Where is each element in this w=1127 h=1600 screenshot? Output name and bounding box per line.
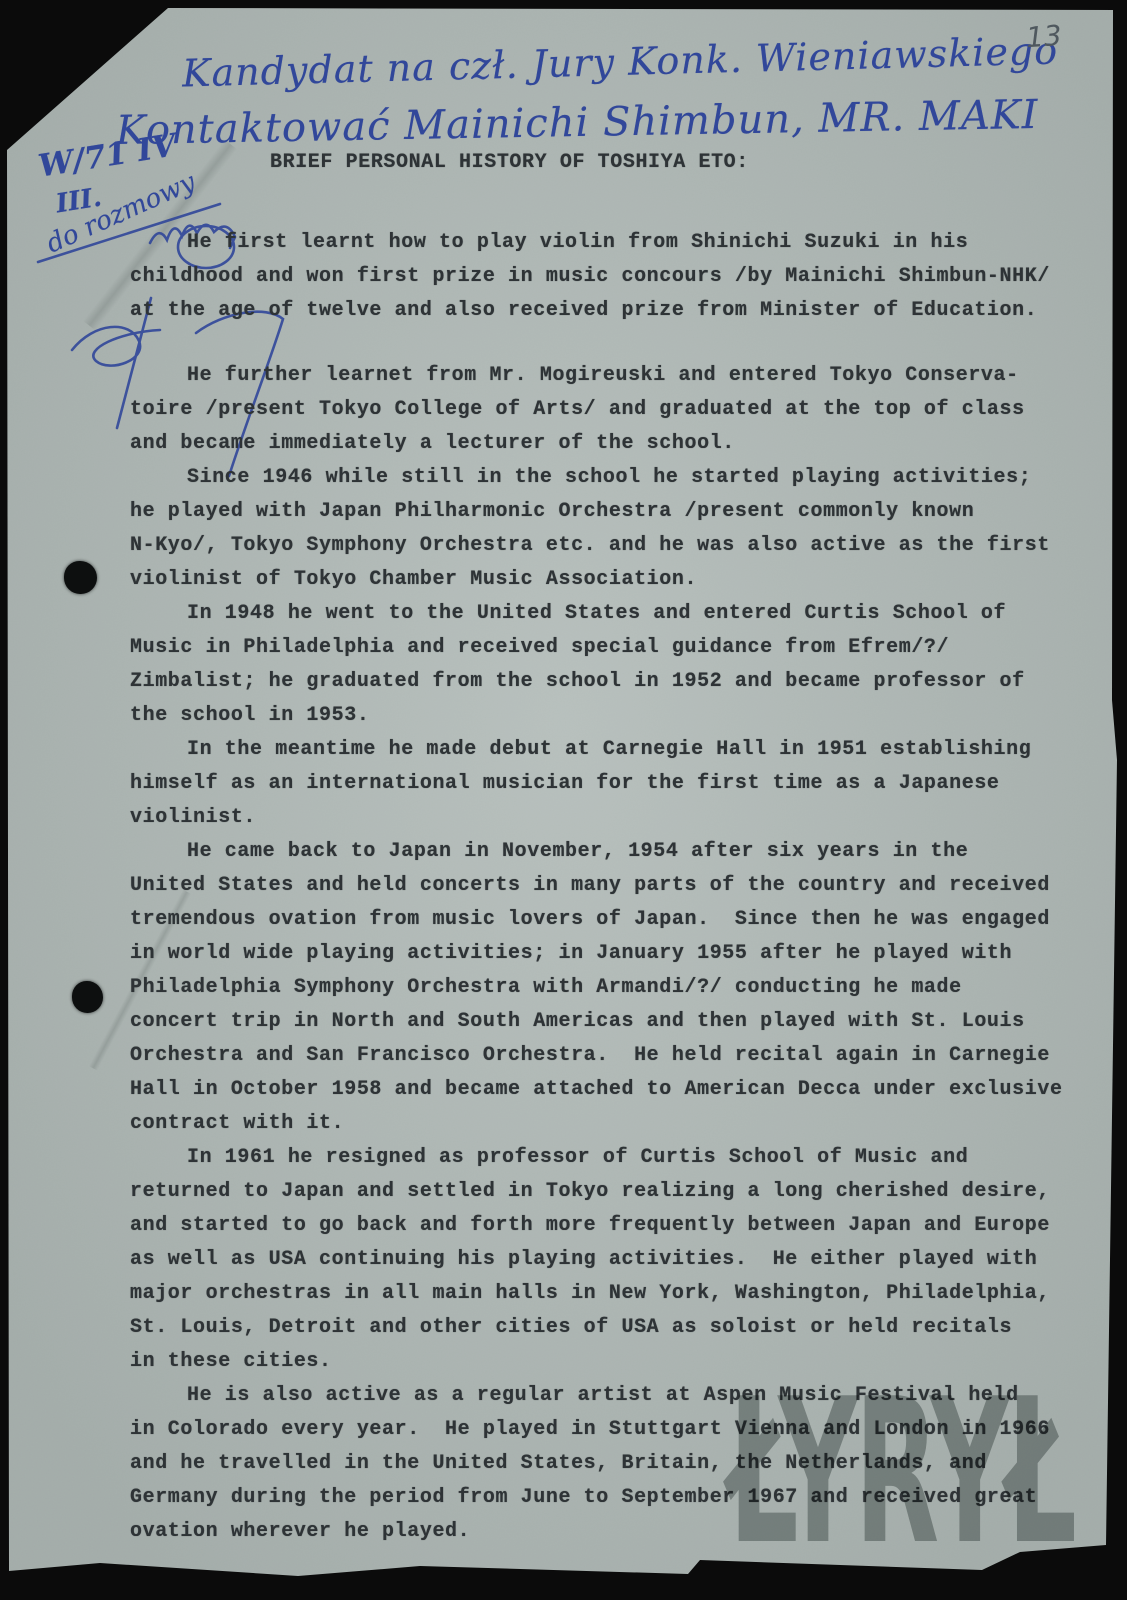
page-number: 13 [1025, 19, 1063, 54]
typed-line: N-Kyo/, Tokyo Symphony Orchestra etc. an… [130, 529, 1063, 563]
paragraph: He came back to Japan in November, 1954 … [130, 835, 1063, 1141]
typed-line: the school in 1953. [130, 699, 1063, 733]
handwritten-header-line2: Kontaktować Mainichi Shimbun, MR. MAKI [116, 92, 1039, 154]
typed-line: and started to go back and forth more fr… [130, 1209, 1063, 1243]
typed-line: childhood and won first prize in music c… [130, 260, 1063, 294]
typed-line: violinist of Tokyo Chamber Music Associa… [130, 563, 1063, 597]
typed-line: He further learnet from Mr. Mogireuski a… [130, 359, 1063, 393]
typed-line: He first learnt how to play violin from … [130, 226, 1063, 260]
paragraph: In 1961 he resigned as professor of Curt… [130, 1141, 1063, 1379]
typed-line: St. Louis, Detroit and other cities of U… [130, 1311, 1063, 1345]
typed-line: He came back to Japan in November, 1954 … [130, 835, 1063, 869]
typed-line: in world wide playing activities; in Jan… [130, 937, 1063, 971]
typed-line: toire /present Tokyo College of Arts/ an… [130, 393, 1063, 427]
typed-line: Orchestra and San Francisco Orchestra. H… [130, 1039, 1063, 1073]
paragraph: In the meantime he made debut at Carnegi… [130, 733, 1063, 835]
typed-line: In 1961 he resigned as professor of Curt… [130, 1141, 1063, 1175]
typed-line: at the age of twelve and also received p… [130, 294, 1063, 328]
watermark: ŁYRYŁ [728, 1388, 1074, 1558]
typed-line: he played with Japan Philharmonic Orches… [130, 495, 1063, 529]
typed-line: United States and held concerts in many … [130, 869, 1063, 903]
paper-sheet: Kandydat na czł. Jury Konk. Wieniawskieg… [0, 0, 1127, 1600]
typed-line: tremendous ovation from music lovers of … [130, 903, 1063, 937]
hole-punch-top [64, 561, 97, 594]
paragraph: Since 1946 while still in the school he … [130, 461, 1063, 597]
paragraph: In 1948 he went to the United States and… [130, 597, 1063, 733]
typed-line: Zimbalist; he graduated from the school … [130, 665, 1063, 699]
hole-punch-bottom [72, 981, 103, 1013]
paragraph: He further learnet from Mr. Mogireuski a… [130, 359, 1063, 461]
typed-line: returned to Japan and settled in Tokyo r… [130, 1175, 1063, 1209]
typed-line: Music in Philadelphia and received speci… [130, 631, 1063, 665]
document-title: BRIEF PERSONAL HISTORY OF TOSHIYA ETO: [270, 151, 749, 174]
typed-line: Since 1946 while still in the school he … [130, 461, 1063, 495]
typed-line: and became immediately a lecturer of the… [130, 427, 1063, 461]
typed-line: In the meantime he made debut at Carnegi… [130, 733, 1063, 767]
typed-line: major orchestras in all main halls in Ne… [130, 1277, 1063, 1311]
typed-line: Hall in October 1958 and became attached… [130, 1073, 1063, 1107]
paragraph: He first learnt how to play violin from … [130, 226, 1063, 328]
margin-reference-top: W/71 IV [36, 127, 179, 184]
typed-line: contract with it. [130, 1107, 1063, 1141]
typed-line: Philadelphia Symphony Orchestra with Arm… [130, 971, 1063, 1005]
scanned-document-page: Kandydat na czł. Jury Konk. Wieniawskieg… [0, 0, 1127, 1600]
document-body: He first learnt how to play violin from … [130, 226, 1063, 1549]
typed-line: violinist. [130, 801, 1063, 835]
typed-line: In 1948 he went to the United States and… [130, 597, 1063, 631]
typed-line: concert trip in North and South Americas… [130, 1005, 1063, 1039]
handwritten-header-line1: Kandydat na czł. Jury Konk. Wieniawskieg… [182, 29, 1059, 96]
typed-line: himself as an international musician for… [130, 767, 1063, 801]
typed-line: as well as USA continuing his playing ac… [130, 1243, 1063, 1277]
